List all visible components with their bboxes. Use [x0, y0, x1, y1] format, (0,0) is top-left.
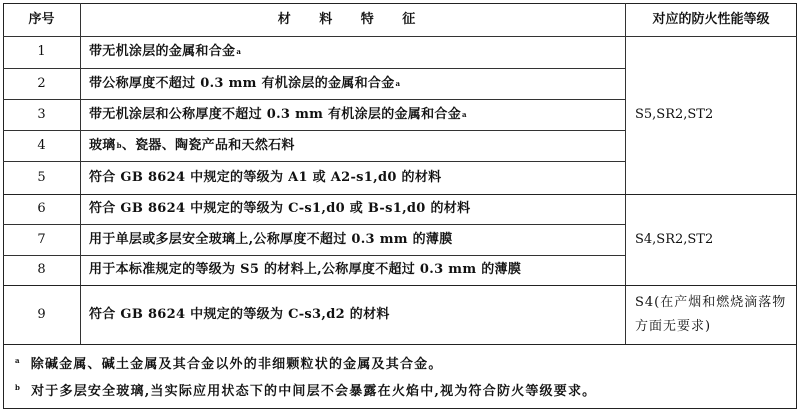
row-4-index: 4 — [3, 130, 80, 161]
row-3-index: 3 — [3, 99, 80, 130]
row-8-index: 8 — [3, 255, 80, 285]
row-2-material: 带公称厚度不超过 0.3 mm 有机涂层的金属和合金a — [80, 68, 625, 99]
header-index: 序号 — [3, 3, 80, 36]
row-3-material: 带无机涂层和公称厚度不超过 0.3 mm 有机涂层的金属和合金a — [80, 99, 625, 130]
footnote-b: b对于多层安全玻璃,当实际应用状态下的中间层不会暴露在火焰中,视为符合防火等级要… — [15, 380, 596, 399]
footnote-a: a除碱金属、碱土金属及其合金以外的非细颗粒状的金属及其合金。 — [15, 353, 443, 372]
row-8-material: 用于本标准规定的等级为 S5 的材料上,公称厚度不超过 0.3 mm 的薄膜 — [80, 255, 625, 285]
material-text: 玻璃 — [89, 137, 116, 155]
row-6-material: 符合 GB 8624 中规定的等级为 C-s1,d0 或 B-s1,d0 的材料 — [80, 194, 625, 224]
row-9-index: 9 — [3, 285, 80, 344]
grade-group-1: S5,SR2,ST2 — [625, 36, 797, 194]
row-5-material: 符合 GB 8624 中规定的等级为 A1 或 A2-s1,d0 的材料 — [80, 161, 625, 194]
row-5-index: 5 — [3, 161, 80, 194]
footnote-text: 对于多层安全玻璃,当实际应用状态下的中间层不会暴露在火焰中,视为符合防火等级要求… — [31, 384, 596, 399]
header-material: 材 料 特 征 — [80, 3, 625, 36]
footnote-text: 除碱金属、碱土金属及其合金以外的非细颗粒状的金属及其合金。 — [31, 357, 443, 372]
footnote-divider — [3, 344, 797, 345]
footnote-ref-a: a — [236, 43, 241, 61]
material-text: 带无机涂层和公称厚度不超过 0.3 mm 有机涂层的金属和合金 — [89, 106, 461, 124]
row-2-index: 2 — [3, 68, 80, 99]
material-text: 带公称厚度不超过 0.3 mm 有机涂层的金属和合金 — [89, 75, 395, 93]
material-text: 带无机涂层的金属和合金 — [89, 43, 235, 61]
footnote-mark: b — [15, 383, 21, 392]
row-1-index: 1 — [3, 36, 80, 68]
grade-group-3: S4(在产烟和燃烧滴落物方面无要求) — [625, 285, 797, 344]
row-4-material: 玻璃b、瓷器、陶瓷产品和天然石料 — [80, 130, 625, 161]
row-6-index: 6 — [3, 194, 80, 224]
footnote-ref-a: a — [396, 75, 401, 93]
footnote-ref-a: a — [462, 106, 467, 124]
row-1-material: 带无机涂层的金属和合金a — [80, 36, 625, 68]
material-text: 、瓷器、陶瓷产品和天然石料 — [122, 137, 295, 155]
footnote-mark: a — [15, 356, 21, 365]
row-9-material: 符合 GB 8624 中规定的等级为 C-s3,d2 的材料 — [80, 285, 625, 344]
grade-group-2: S4,SR2,ST2 — [625, 194, 797, 285]
row-7-material: 用于单层或多层安全玻璃上,公称厚度不超过 0.3 mm 的薄膜 — [80, 224, 625, 255]
row-7-index: 7 — [3, 224, 80, 255]
header-grade: 对应的防火性能等级 — [625, 3, 797, 36]
